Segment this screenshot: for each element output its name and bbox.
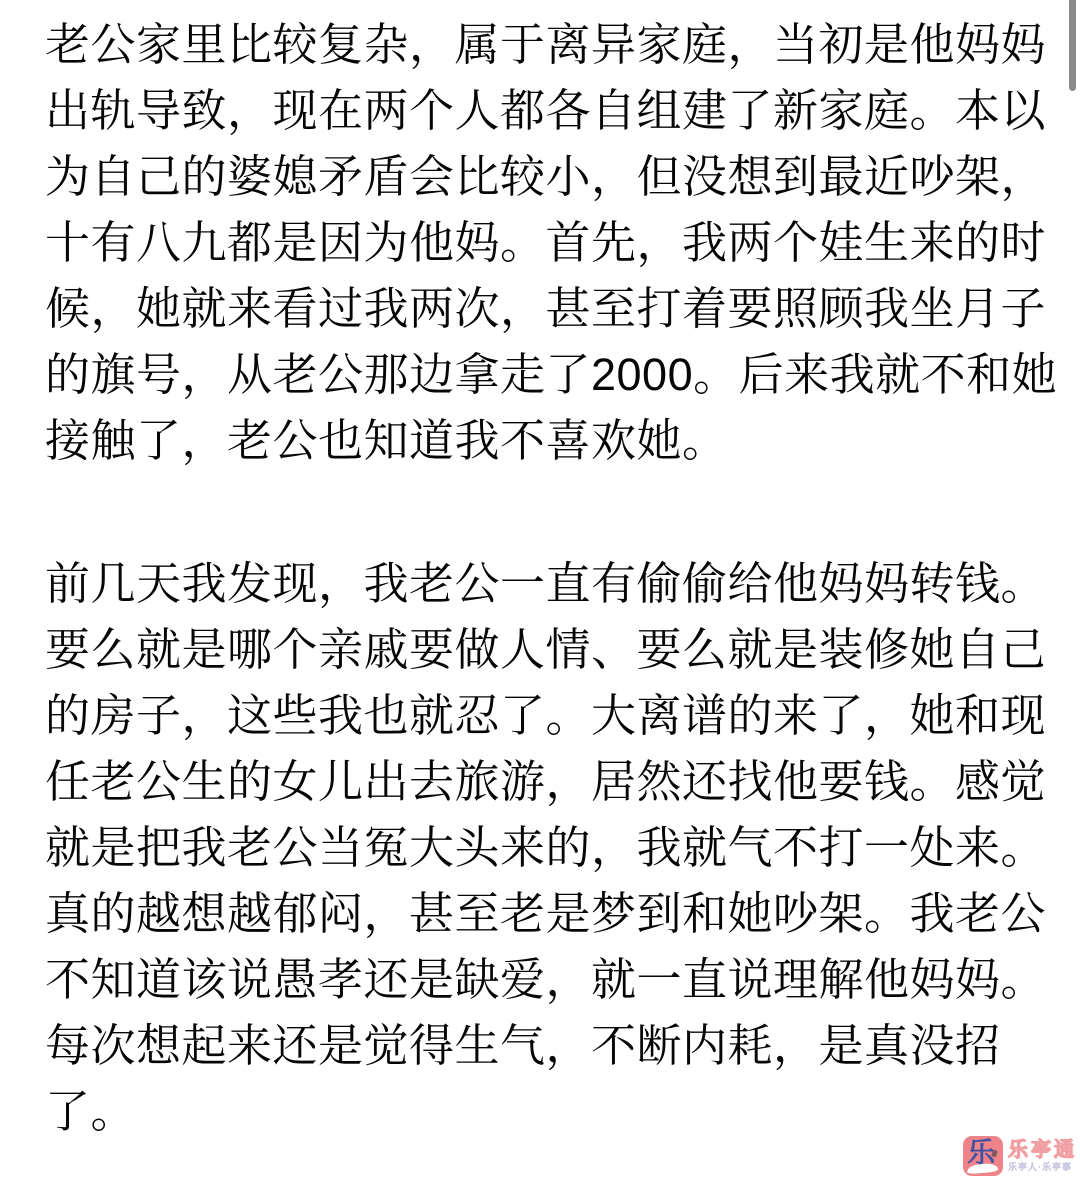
text-line: 真的越想越郁闷，甚至老是梦到和她吵架。我老公 [45, 881, 1044, 947]
app-name: 乐亭通 [1008, 1140, 1077, 1160]
text-line: 任老公生的女儿出去旅游，居然还找他要钱。感觉 [45, 749, 1044, 815]
text-line: 老公家里比较复杂，属于离异家庭，当初是他妈妈 [45, 12, 1044, 78]
text-line: 的旗号，从老公那边拿走了2000。后来我就不和她 [45, 342, 1044, 408]
text-line: 出轨导致，现在两个人都各自组建了新家庭。本以 [45, 78, 1044, 144]
text-line: 为自己的婆媳矛盾会比较小，但没想到最近吵架， [45, 144, 1044, 210]
text-line: 前几天我发现，我老公一直有偷偷给他妈妈转钱。 [45, 551, 1044, 617]
watermark: 乐 乐亭通 乐亭人·乐亭事 [963, 1136, 1077, 1176]
text-line: 候，她就来看过我两次，甚至打着要照顾我坐月子 [45, 276, 1044, 342]
paragraph-1: 老公家里比较复杂，属于离异家庭，当初是他妈妈 出轨导致，现在两个人都各自组建了新… [45, 12, 1044, 474]
app-slogan: 乐亭人·乐亭事 [1008, 1163, 1077, 1172]
paragraph-2: 前几天我发现，我老公一直有偷偷给他妈妈转钱。 要么就是哪个亲戚要做人情、要么就是… [45, 551, 1044, 1145]
text-line: 就是把我老公当冤大头来的，我就气不打一处来。 [45, 815, 1044, 881]
scrollbar-thumb[interactable] [1069, 0, 1076, 91]
text-line: 十有八九都是因为他妈。首先，我两个娃生来的时 [45, 210, 1044, 276]
text-line: 接触了，老公也知道我不喜欢她。 [45, 408, 1044, 474]
app-logo-icon: 乐 [963, 1136, 1003, 1176]
post-body: 老公家里比较复杂，属于离异家庭，当初是他妈妈 出轨导致，现在两个人都各自组建了新… [0, 0, 1080, 1145]
text-line: 的房子，这些我也就忍了。大离谱的来了，她和现 [45, 683, 1044, 749]
text-line: 每次想起来还是觉得生气，不断内耗，是真没招 [45, 1013, 1044, 1079]
text-line: 要么就是哪个亲戚要做人情、要么就是装修她自己 [45, 617, 1044, 683]
text-line: 了。 [45, 1079, 1044, 1145]
text-line: 不知道该说愚孝还是缺爱，就一直说理解他妈妈。 [45, 947, 1044, 1013]
watermark-text: 乐亭通 乐亭人·乐亭事 [1008, 1140, 1077, 1172]
logo-dot [991, 1149, 998, 1157]
